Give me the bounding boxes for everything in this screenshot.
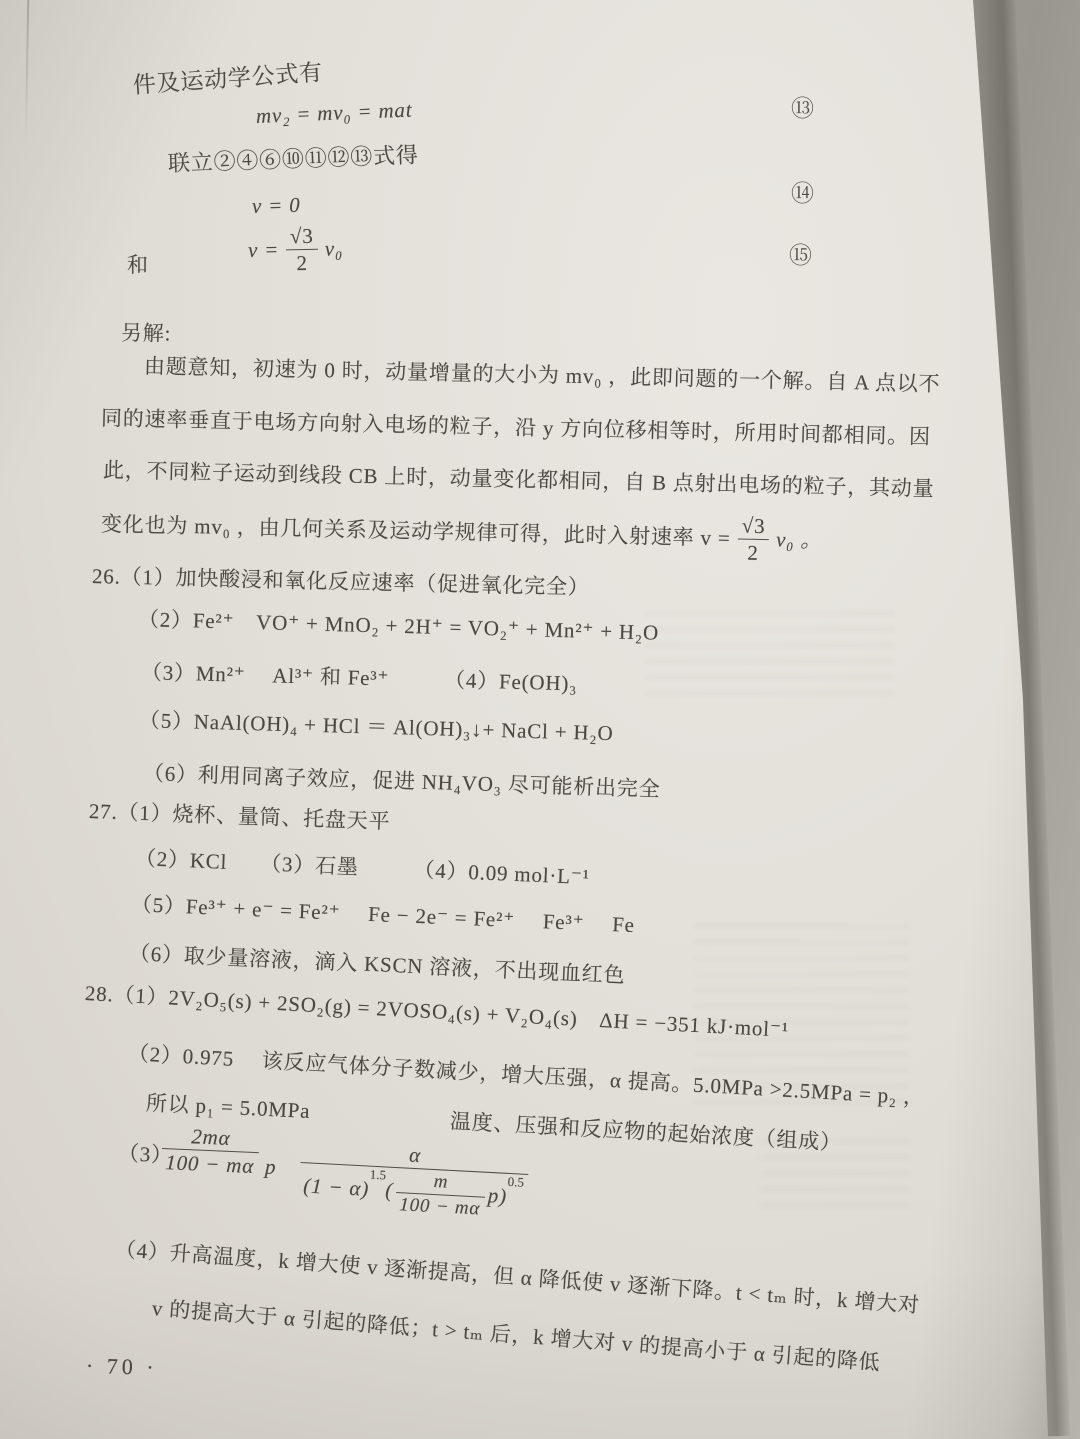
scanned-answer-page-photo: 件及运动学公式有 mv₂ = mv₀ = mat ⑬ 联立②④⑥⑩⑪⑫⑬式得 v… xyxy=(0,0,1080,1439)
q26-answer-2: （2）Fe²⁺ VO⁺ + MnO₂ + 2H⁺ = VO₂⁺ + Mn²⁺ +… xyxy=(138,606,660,646)
paper-page: 件及运动学公式有 mv₂ = mv₀ = mat ⑬ 联立②④⑥⑩⑪⑫⑬式得 v… xyxy=(0,0,1080,1439)
q27-answer-6: （6）取少量溶液，滴入 KSCN 溶液，不出现血红色 xyxy=(128,940,626,989)
sqrt3-over-2-fraction: √3 2 xyxy=(737,514,770,564)
q28-answer-3-fraction-2: α (1 − α)1.5(m100 − mαp)0.5 xyxy=(298,1138,530,1222)
alt-solution-title: 另解: xyxy=(121,320,171,347)
paper-crease xyxy=(25,0,29,140)
equation-tag-13: ⑬ xyxy=(791,90,814,123)
alt-solution-line-3: 此，不同粒子运动到线段 CB 上时，动量变化都相同，自 B 点射出电场的粒子，其… xyxy=(103,457,935,502)
pressure-variable: p xyxy=(264,1154,276,1181)
alpha-rate-expression-fraction: α (1 − α)1.5(m100 − mαp)0.5 xyxy=(298,1138,530,1222)
q28-answer-1: 28.（1）2V₂O₅(s) + 2SO₂(g) = 2VOSO₄(s) + V… xyxy=(84,980,789,1043)
alt-solution-line-4: 变化也为 mv₀ ，由几何关系及运动学规律可得，此时入射速率 v = √3 2 … xyxy=(100,500,822,565)
equation-15-suffix: v₀ xyxy=(325,236,344,263)
q26-answer-6: （6）利用同离子效应，促进 NH₄VO₃ 尽可能析出完全 xyxy=(143,760,661,802)
equation-13: mv₂ = mv₀ = mat xyxy=(255,96,412,129)
combine-equations-line: 联立②④⑥⑩⑪⑫⑬式得 xyxy=(168,141,420,177)
page-number: · 70 · xyxy=(86,1352,158,1381)
q27-answer-1: 27.（1）烧杯、量筒、托盘天平 xyxy=(89,798,391,835)
q26-answer-3-4: （3）Mn²⁺ Al³⁺ 和 Fe³⁺ （4）Fe(OH)₃ xyxy=(141,659,578,697)
equation-tag-15: ⑮ xyxy=(789,237,812,270)
equation-tag-14: ⑭ xyxy=(791,175,814,208)
m-over-100-ma-fraction: m100 − mα xyxy=(395,1170,486,1219)
q27-answer-2-3-4: （2）KCl （3）石墨 （4）0.09 mol·L⁻¹ xyxy=(134,845,590,890)
q28-answer-3-fraction-1: 2mα 100 − mα p xyxy=(161,1124,278,1178)
equation-15-prefix: v = xyxy=(248,237,280,264)
q28-answer-2b: 所以 p₁ = 5.0MPa xyxy=(145,1090,311,1124)
and-label: 和 xyxy=(127,252,149,278)
kinematics-intro-line: 件及运动学公式有 xyxy=(132,59,324,101)
bleed-through-smudge xyxy=(645,612,895,707)
equation-14: v = 0 xyxy=(252,192,301,220)
sqrt3-over-2-fraction: √3 2 xyxy=(286,225,318,275)
alt-solution-line-1: 由题意知，初速为 0 时，动量增量的大小为 mv₀ ，此即问题的一个解。自 A … xyxy=(144,353,941,397)
q27-answer-5: （5）Fe³⁺ + e⁻ = Fe²⁺ Fe − 2e⁻ = Fe²⁺ Fe³⁺… xyxy=(130,891,635,938)
equation-15: v = √3 2 v₀ xyxy=(248,224,344,275)
q26-answer-1: 26.（1）加快酸浸和氧化反应速率（促进氧化完全） xyxy=(92,563,590,601)
alt-solution-line-2: 同的速率垂直于电场方向射入电场的粒子，沿 y 方向位移相等时，所用时间都相同。因 xyxy=(101,405,931,450)
2ma-over-100-ma-fraction: 2mα 100 − mα xyxy=(161,1124,260,1177)
q26-answer-5: （5）NaAl(OH)₄ + HCl ＝ Al(OH)₃↓+ NaCl + H₂… xyxy=(139,707,614,746)
